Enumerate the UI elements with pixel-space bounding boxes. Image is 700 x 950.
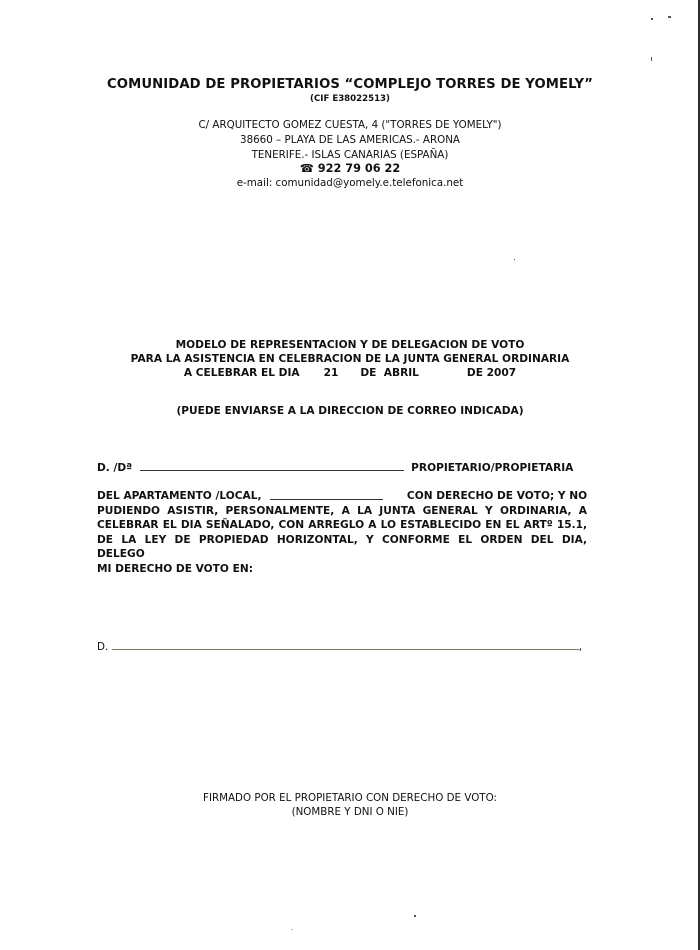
paragraph-line-1: DEL APARTAMENTO /LOCAL, CON DERECHO DE V… (97, 489, 587, 504)
delegation-paragraph: DEL APARTAMENTO /LOCAL, CON DERECHO DE V… (97, 489, 587, 576)
paragraph-line-4: DE LA LEY DE PROPIEDAD HORIZONTAL, Y CON… (97, 533, 587, 562)
scan-speck (651, 18, 653, 20)
scan-speck (514, 259, 515, 260)
heading-date-prefix: A CELEBRAR EL DIA (184, 366, 300, 381)
signature-line-1: FIRMADO POR EL PROPIETARIO CON DERECHO D… (0, 792, 700, 804)
meeting-month: ABRIL (384, 366, 419, 381)
scan-speck (291, 929, 293, 930)
owner-name-field[interactable] (140, 460, 404, 471)
delegate-name-field[interactable] (112, 640, 578, 650)
owner-label: D. /Dª (97, 462, 132, 474)
email-address: e-mail: comunidad@yomely.e.telefonica.ne… (0, 177, 700, 189)
community-title: COMUNIDAD DE PROPIETARIOS “COMPLEJO TORR… (0, 77, 700, 92)
delegate-row: D. , (97, 640, 582, 653)
meeting-day: 21 (324, 366, 339, 381)
telephone-icon: ☎ (300, 162, 314, 175)
address-line-3: TENERIFE.- ISLAS CANARIAS (ESPAÑA) (0, 148, 700, 163)
phone-value: 922 79 06 22 (318, 162, 401, 175)
voting-right-text: CON DERECHO DE VOTO; Y NO (407, 490, 587, 502)
address-line-2: 38660 – PLAYA DE LAS AMERICAS.- ARONA (0, 133, 700, 148)
delegate-label: D. (97, 641, 108, 653)
heading-line-2: PARA LA ASISTENCIA EN CELEBRACION DE LA … (0, 352, 700, 367)
year-prefix: DE (467, 366, 483, 381)
heading-line-1: MODELO DE REPRESENTACION Y DE DELEGACION… (0, 338, 700, 353)
scan-speck (668, 16, 671, 18)
meeting-year: 2007 (487, 366, 517, 381)
address-line-1: C/ ARQUITECTO GOMEZ CUESTA, 4 ("TORRES D… (0, 118, 700, 133)
month-prefix: DE (360, 366, 376, 381)
mailing-note: (PUEDE ENVIARSE A LA DIRECCION DE CORREO… (0, 405, 700, 417)
apartment-field[interactable] (270, 489, 383, 500)
heading-line-3: A CELEBRAR EL DIA21DE ABRILDE 2007 (0, 366, 700, 381)
delegate-trailing-comma: , (579, 641, 582, 653)
paragraph-line-5: MI DERECHO DE VOTO EN: (97, 562, 587, 577)
signature-line-2: (NOMBRE Y DNI O NIE) (0, 806, 700, 818)
scan-speck (414, 915, 416, 917)
owner-row: D. /Dª PROPIETARIO/PROPIETARIA (97, 460, 587, 474)
cif-number: (CIF E38022513) (0, 94, 700, 104)
scan-speck (651, 57, 652, 61)
phone-number: ☎ 922 79 06 22 (0, 162, 700, 175)
paragraph-line-2: PUDIENDO ASISTIR, PERSONALMENTE, A LA JU… (97, 504, 587, 519)
owner-role: PROPIETARIO/PROPIETARIA (411, 462, 573, 474)
apartment-label: DEL APARTAMENTO /LOCAL, (97, 490, 262, 502)
paragraph-line-3: CELEBRAR EL DIA SEÑALADO, CON ARREGLO A … (97, 518, 587, 533)
